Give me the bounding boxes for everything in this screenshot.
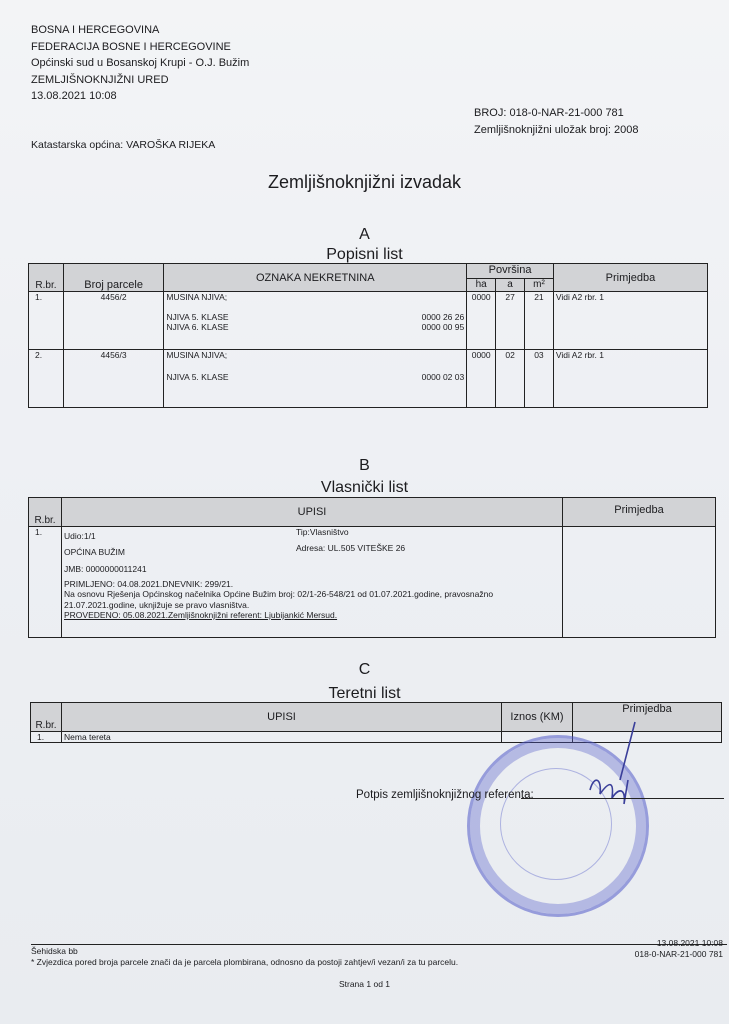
popisni-list-table: R.br. Broj parcele OZNAKA NEKRETNINA Pov…	[28, 263, 708, 408]
col-m2: m²	[525, 279, 554, 292]
row-parcela: 4456/3	[63, 350, 163, 408]
row-kultura: NJIVA 5. KLASE	[166, 312, 228, 322]
section-c-letter: C	[0, 661, 729, 679]
udio: Udio:1/1	[64, 531, 96, 541]
table-row: 1. Udio:1/1 Tip:Vlasništvo OPĆINA BUŽIM …	[29, 527, 716, 638]
row-rbr: 1.	[29, 527, 62, 638]
row-primjedba	[563, 527, 716, 638]
col-primjedba: Primjedba	[563, 498, 716, 527]
footer-note: * Zvjezdica pored broja parcele znači da…	[31, 957, 458, 968]
footer-right: 13.08.2021 10:08 018-0-NAR-21-000 781	[635, 938, 723, 960]
table-row: 1. 4456/2 MUSINA NJIVA; NJIVA 5. KLASE00…	[29, 292, 708, 350]
row-naziv: MUSINA NJIVA;	[166, 350, 227, 360]
page-number: Strana 1 od 1	[0, 979, 729, 989]
row-ha: 0000	[467, 292, 496, 350]
col-ha: ha	[467, 279, 496, 292]
owner-name: OPĆINA BUŽIM	[64, 547, 125, 557]
row-ha: 0000	[467, 350, 496, 408]
row-oznaka: MUSINA NJIVA; NJIVA 5. KLASE0000 02 03	[164, 350, 467, 408]
header-line-datetime: 13.08.2021 10:08	[31, 88, 249, 105]
table-row: 2. 4456/3 MUSINA NJIVA; NJIVA 5. KLASE00…	[29, 350, 708, 408]
signature-icon	[580, 720, 640, 830]
folio-number: Zemljišnoknjižni uložak broj: 2008	[474, 122, 638, 139]
row-oznaka: MUSINA NJIVA; NJIVA 5. KLASE0000 26 26 N…	[164, 292, 467, 350]
row-m2: 03	[525, 350, 554, 408]
tip: Tip:Vlasništvo	[296, 527, 349, 537]
row-upisi: Nema tereta	[62, 732, 502, 743]
section-a-letter: A	[0, 226, 729, 244]
provedeno: PROVEDENO: 05.08.2021.Zemljišnoknjižni r…	[64, 610, 337, 620]
row-a: 02	[496, 350, 525, 408]
row-kultura-povrsina: 0000 26 26	[422, 312, 465, 322]
header-line-country: BOSNA I HERCEGOVINA	[31, 22, 249, 39]
row-rbr: 1.	[31, 732, 62, 743]
col-parcela: Broj parcele	[63, 264, 163, 292]
footer-divider	[31, 944, 727, 945]
section-b-title: Vlasnički list	[0, 479, 729, 497]
owner-address: Adresa: UL.505 VITEŠKE 26	[296, 543, 405, 553]
row-kultura-povrsina: 0000 02 03	[422, 372, 465, 382]
col-upisi: UPISI	[62, 498, 563, 527]
row-rbr: 1.	[29, 292, 64, 350]
signature-line	[521, 798, 724, 799]
col-a: a	[496, 279, 525, 292]
document-page: BOSNA I HERCEGOVINA FEDERACIJA BOSNE I H…	[0, 0, 729, 1024]
case-number: BROJ: 018-0-NAR-21-000 781	[474, 105, 638, 122]
section-a-title: Popisni list	[0, 246, 729, 264]
row-primjedba: Vidi A2 rbr. 1	[553, 350, 707, 408]
col-rbr: R.br.	[31, 703, 62, 732]
col-rbr: R.br.	[29, 264, 64, 292]
case-number-block: BROJ: 018-0-NAR-21-000 781 Zemljišnoknji…	[474, 105, 638, 139]
row-rbr: 2.	[29, 350, 64, 408]
document-title: Zemljišnoknjižni izvadak	[0, 172, 729, 193]
col-primjedba: Primjedba	[553, 264, 707, 292]
header-line-federation: FEDERACIJA BOSNE I HERCEGOVINE	[31, 39, 249, 56]
issuer-header: BOSNA I HERCEGOVINA FEDERACIJA BOSNE I H…	[31, 22, 249, 105]
footer-left: Šehidska bb * Zvjezdica pored broja parc…	[31, 946, 458, 968]
col-upisi: UPISI	[62, 703, 502, 732]
footer-datetime: 13.08.2021 10:08	[635, 938, 723, 949]
header-line-court: Općinski sud u Bosanskoj Krupi - O.J. Bu…	[31, 55, 249, 72]
row-a: 27	[496, 292, 525, 350]
legal-basis: Na osnovu Rješenja Općinskog načelnika O…	[64, 589, 493, 599]
row-kultura: NJIVA 6. KLASE	[166, 322, 228, 332]
row-primjedba: Vidi A2 rbr. 1	[553, 292, 707, 350]
col-povrsina: Površina	[467, 264, 554, 279]
col-iznos: Iznos (KM)	[502, 703, 573, 732]
row-kultura-povrsina: 0000 00 95	[422, 322, 465, 332]
row-parcela: 4456/2	[63, 292, 163, 350]
legal-basis-cont: 21.07.2021.godine, uknjižuje se pravo vl…	[64, 600, 249, 610]
row-naziv: MUSINA NJIVA;	[166, 292, 227, 302]
owner-jmb: JMB: 0000000011241	[64, 564, 147, 574]
section-c-title: Teretni list	[0, 685, 729, 703]
signature-label: Potpis zemljišnoknjižnog referenta:	[356, 789, 534, 801]
section-b-letter: B	[0, 457, 729, 475]
primljeno: PRIMLJENO: 04.08.2021.DNEVNIK: 299/21.	[64, 579, 233, 589]
footer-case-number: 018-0-NAR-21-000 781	[635, 949, 723, 960]
row-upisi: Udio:1/1 Tip:Vlasništvo OPĆINA BUŽIM Adr…	[62, 527, 563, 638]
col-rbr: R.br.	[29, 498, 62, 527]
row-kultura: NJIVA 5. KLASE	[166, 372, 228, 382]
col-oznaka: OZNAKA NEKRETNINA	[164, 264, 467, 292]
cadastral-municipality: Katastarska općina: VAROŠKA RIJEKA	[31, 139, 215, 151]
vlasnicki-list-table: R.br. UPISI Primjedba 1. Udio:1/1 Tip:Vl…	[28, 497, 716, 638]
row-m2: 21	[525, 292, 554, 350]
header-line-office: ZEMLJIŠNOKNJIŽNI URED	[31, 72, 249, 89]
footer-address: Šehidska bb	[31, 946, 458, 957]
